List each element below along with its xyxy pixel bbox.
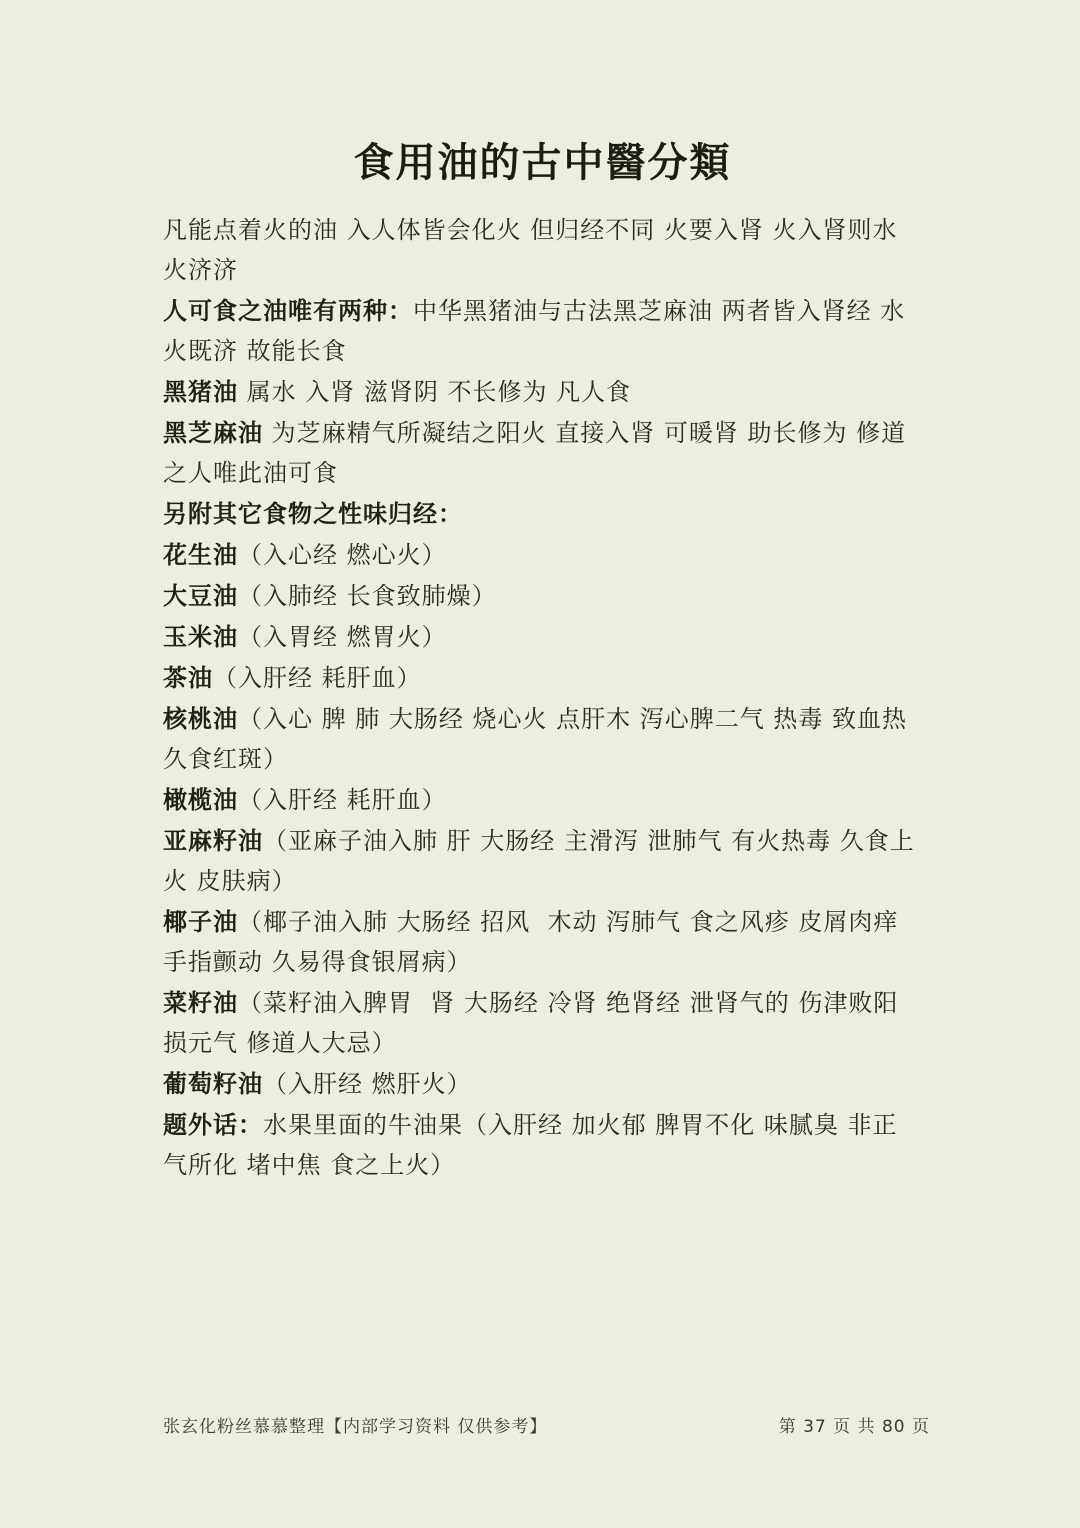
item-name: 亚麻籽油 xyxy=(163,827,263,855)
item-description: （入肝经 燃肝火） xyxy=(263,1070,472,1098)
item-tea-oil: 茶油（入肝经 耗肝血） xyxy=(163,658,922,698)
item-black-sesame-oil: 黑芝麻油 为芝麻精气所凝结之阳火 直接入肾 可暖肾 助长修为 修道之人唯此油可食 xyxy=(163,413,922,493)
item-description: （入肝经 耗肝血） xyxy=(213,664,422,692)
item-description: （椰子油入肺 大肠经 招风 木动 泻肺气 食之风疹 皮屑肉痒 手指颤动 久易得食… xyxy=(163,908,907,976)
item-peanut-oil: 花生油（入心经 燃心火） xyxy=(163,535,922,575)
item-name: 花生油 xyxy=(163,541,238,569)
item-corn-oil: 玉米油（入胃经 燃胃火） xyxy=(163,617,922,657)
item-description: 为芝麻精气所凝结之阳火 直接入肾 可暖肾 助长修为 修道之人唯此油可食 xyxy=(163,419,906,487)
footer-page-number: 第 37 页 共 80 页 xyxy=(779,1412,930,1437)
item-rapeseed-oil: 菜籽油（菜籽油入脾胃 肾 大肠经 冷肾 绝肾经 泄肾气的 伤津败阳损元气 修道人… xyxy=(163,983,922,1063)
item-grapeseed-oil: 葡萄籽油（入肝经 燃肝火） xyxy=(163,1064,922,1104)
document-content: 食用油的古中醫分類 凡能点着火的油 入人体皆会化火 但归经不同 火要入肾 火入肾… xyxy=(163,138,922,1186)
item-description: （菜籽油入脾胃 肾 大肠经 冷肾 绝肾经 泄肾气的 伤津败阳损元气 修道人大忌） xyxy=(163,989,898,1057)
item-name: 黑芝麻油 xyxy=(163,419,263,447)
item-name: 核桃油 xyxy=(163,705,238,733)
item-description: （入肺经 长食致肺燥） xyxy=(238,582,497,610)
section-header-text: 另附其它食物之性味归经： xyxy=(163,500,463,528)
item-coconut-oil: 椰子油（椰子油入肺 大肠经 招风 木动 泻肺气 食之风疹 皮屑肉痒 手指颤动 久… xyxy=(163,902,922,982)
item-black-lard: 黑猪油 属水 入肾 滋肾阴 不长修为 凡人食 xyxy=(163,372,922,412)
item-flaxseed-oil: 亚麻籽油（亚麻子油入肺 肝 大肠经 主滑泻 泄肺气 有火热毒 久食上火 皮肤病） xyxy=(163,821,922,901)
item-name: 玉米油 xyxy=(163,623,238,651)
item-description: （入肝经 耗肝血） xyxy=(238,786,447,814)
item-description: （入胃经 燃胃火） xyxy=(238,623,447,651)
section-header-other-foods: 另附其它食物之性味归经： xyxy=(163,494,922,534)
paragraph-lead: 人可食之油唯有两种： xyxy=(163,297,413,325)
item-soybean-oil: 大豆油（入肺经 长食致肺燥） xyxy=(163,576,922,616)
item-description: （入心 脾 肺 大肠经 烧心火 点肝木 泻心脾二气 热毒 致血热 久食红斑） xyxy=(163,705,916,773)
item-name: 茶油 xyxy=(163,664,213,692)
item-olive-oil: 橄榄油（入肝经 耗肝血） xyxy=(163,780,922,820)
page-footer: 张玄化粉丝慕慕整理【内部学习资料 仅供参考】 第 37 页 共 80 页 xyxy=(163,1412,930,1437)
item-walnut-oil: 核桃油（入心 脾 肺 大肠经 烧心火 点肝木 泻心脾二气 热毒 致血热 久食红斑… xyxy=(163,699,922,779)
item-description: （入心经 燃心火） xyxy=(238,541,447,569)
item-description: （亚麻子油入肺 肝 大肠经 主滑泻 泄肺气 有火热毒 久食上火 皮肤病） xyxy=(163,827,915,895)
paragraph-text: 水果里面的牛油果（入肝经 加火郁 脾胃不化 味腻臭 非正气所化 堵中焦 食之上火… xyxy=(163,1111,898,1179)
paragraph-text: 凡能点着火的油 入人体皆会化火 但归经不同 火要入肾 火入肾则水火济济 xyxy=(163,216,898,284)
paragraph-two-edible-oils: 人可食之油唯有两种：中华黑猪油与古法黑芝麻油 两者皆入肾经 水火既济 故能长食 xyxy=(163,291,922,371)
paragraph-intro: 凡能点着火的油 入人体皆会化火 但归经不同 火要入肾 火入肾则水火济济 xyxy=(163,210,922,290)
item-name: 菜籽油 xyxy=(163,989,238,1017)
item-name: 大豆油 xyxy=(163,582,238,610)
paragraph-side-note-avocado: 题外话：水果里面的牛油果（入肝经 加火郁 脾胃不化 味腻臭 非正气所化 堵中焦 … xyxy=(163,1105,922,1185)
page-title: 食用油的古中醫分類 xyxy=(163,138,922,188)
item-name: 黑猪油 xyxy=(163,378,238,406)
item-name: 橄榄油 xyxy=(163,786,238,814)
paragraph-lead: 题外话： xyxy=(163,1111,263,1139)
item-description: 属水 入肾 滋肾阴 不长修为 凡人食 xyxy=(238,378,631,406)
document-page: 食用油的古中醫分類 凡能点着火的油 入人体皆会化火 但归经不同 火要入肾 火入肾… xyxy=(0,0,1080,1528)
item-name: 葡萄籽油 xyxy=(163,1070,263,1098)
footer-credit: 张玄化粉丝慕慕整理【内部学习资料 仅供参考】 xyxy=(163,1412,547,1437)
item-name: 椰子油 xyxy=(163,908,238,936)
